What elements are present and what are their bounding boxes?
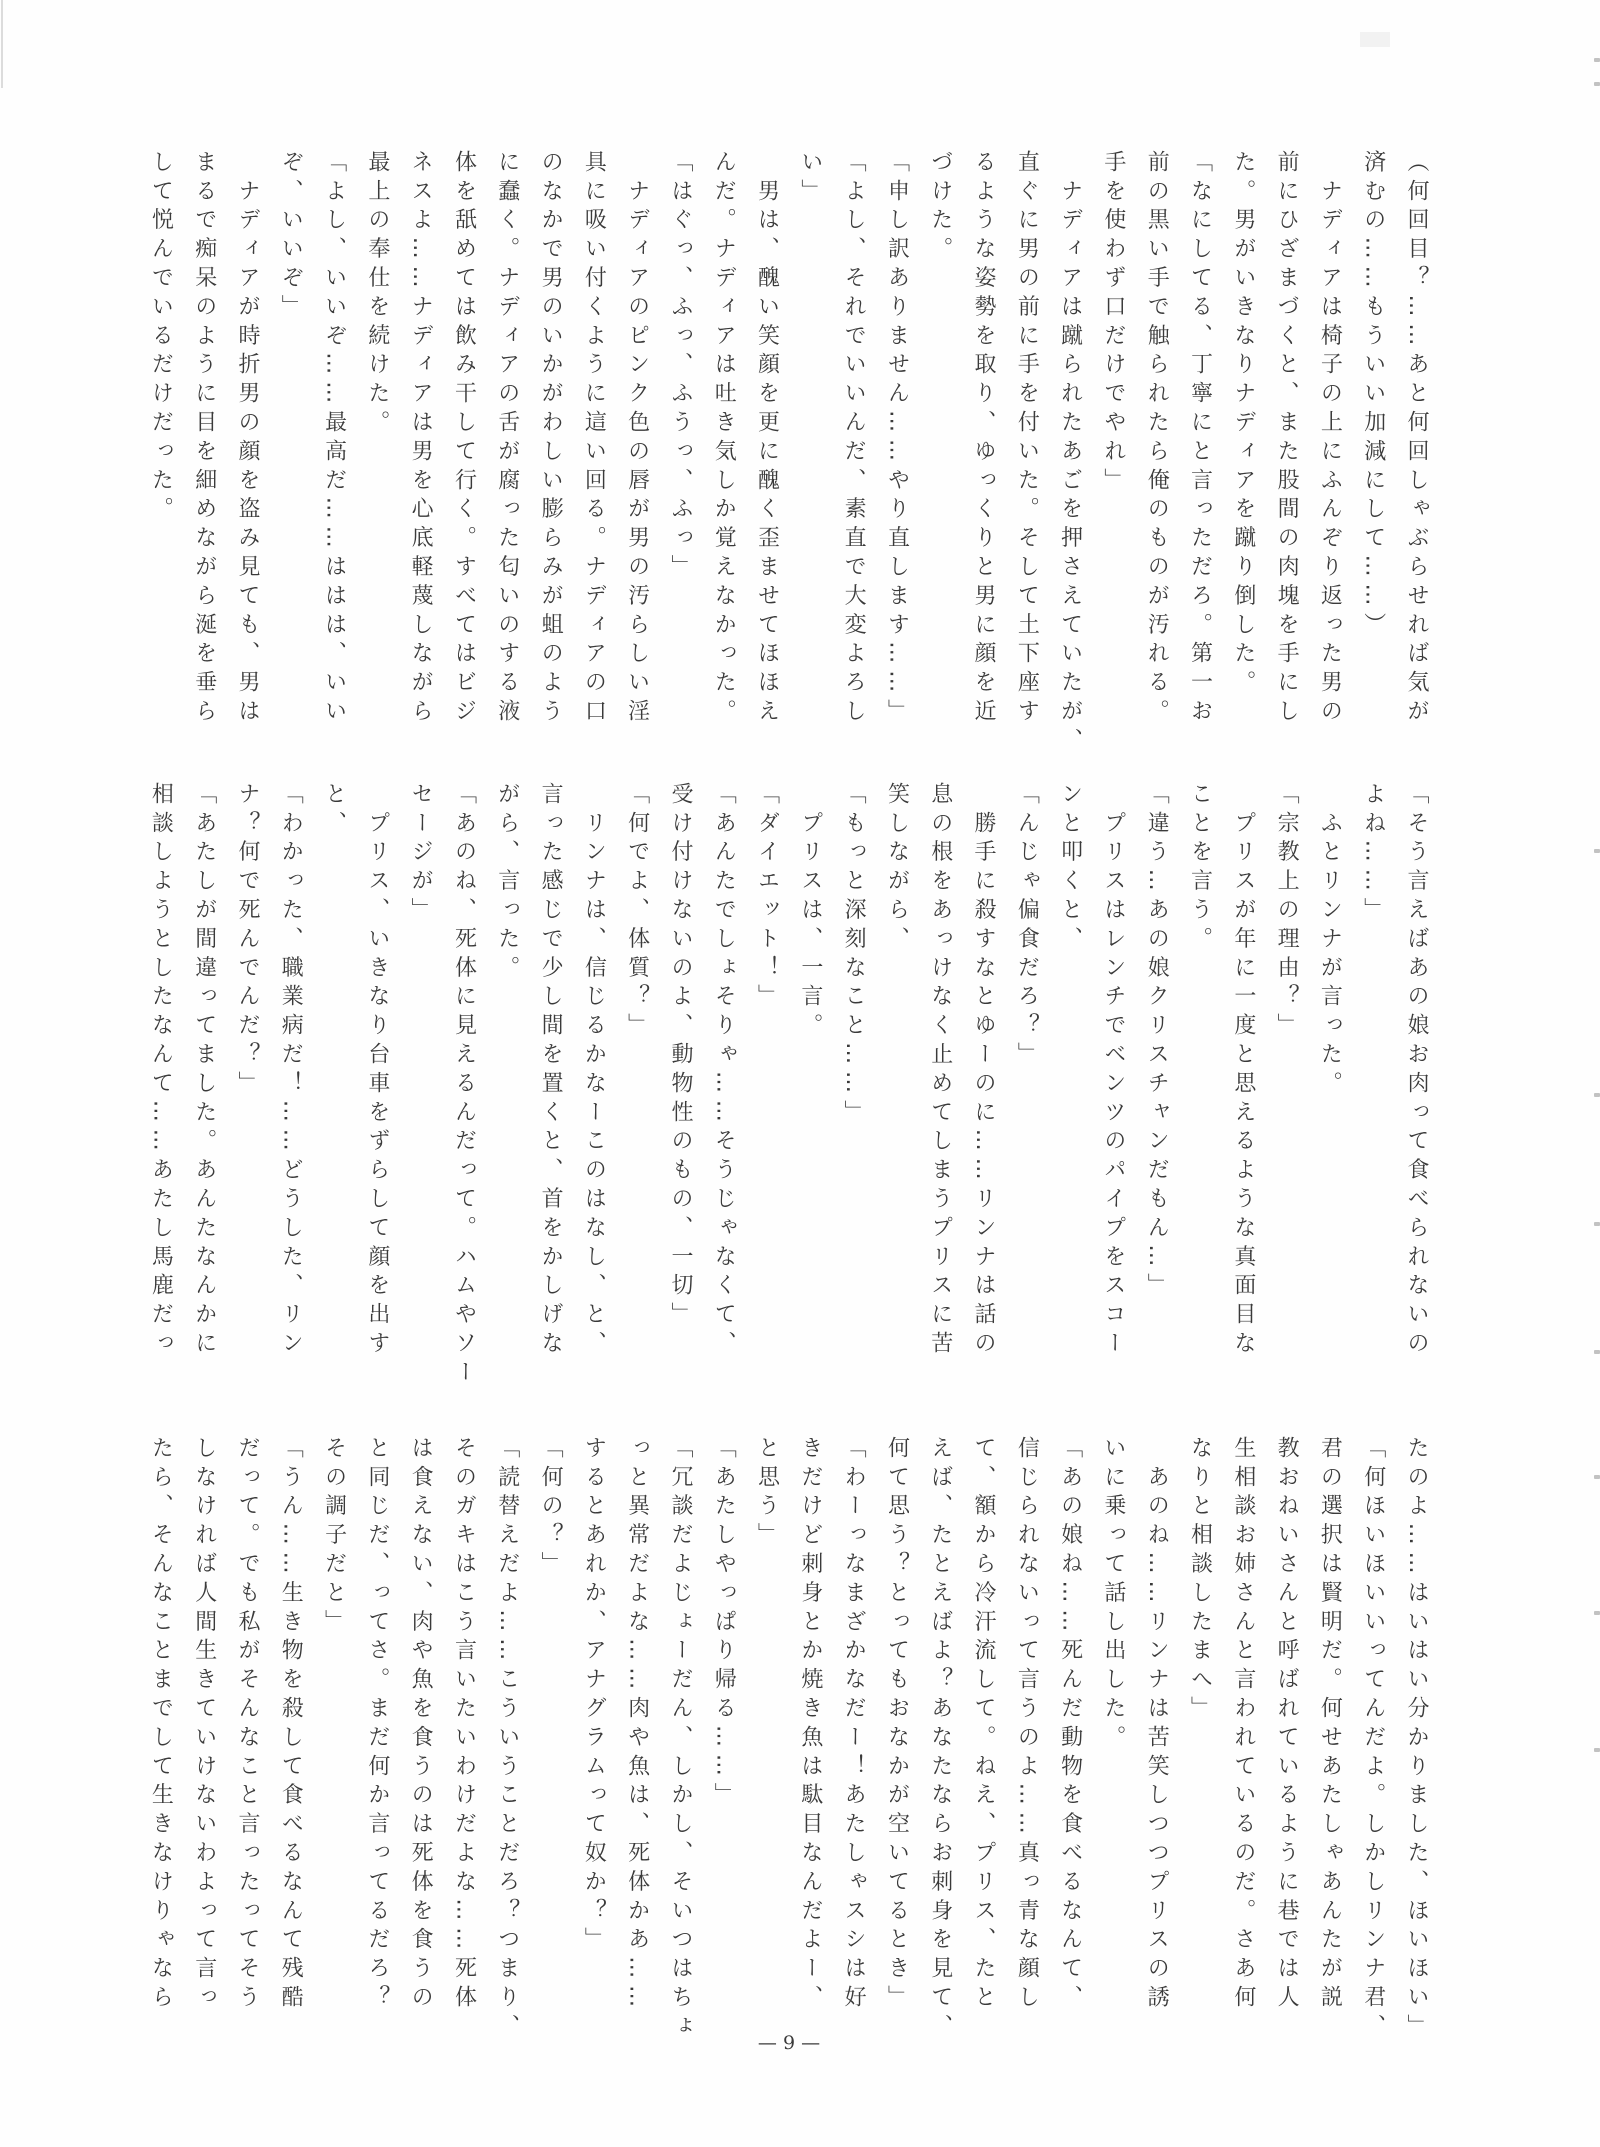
text-column: んだ。ナディアは吐き気しか覚えなかった。: [702, 150, 745, 750]
text-column: 直ぐに男の前に手を付いた。そして土下座す: [1005, 150, 1048, 750]
text-column: （何回目？……あと何回しゃぶらせれば気が: [1395, 150, 1438, 750]
scan-edge-mark: [1594, 58, 1600, 62]
text-column: ナ？何で死んでんだ？」: [226, 782, 269, 1382]
text-column: は食えない、肉や魚を食うのは死体を食うの: [399, 1436, 442, 2036]
text-column: プリスが年に一度と思えるような真面目な: [1222, 782, 1265, 1382]
text-column: 「宗教上の理由？」: [1265, 782, 1308, 1382]
text-column: プリス、いきなり台車をずらして顔を出す: [356, 782, 399, 1382]
text-column: 笑しながら、: [875, 782, 918, 1382]
text-column: 「ダイエット！」: [745, 782, 788, 1382]
text-column: いに乗って話し出した。: [1092, 1436, 1135, 2036]
text-column: 言った感じで少し間を置くと、首をかしげな: [529, 782, 572, 1382]
text-column: と思う」: [745, 1436, 788, 2036]
text-column: 「違う…あの娘クリスチャンだもん…」: [1135, 782, 1178, 1382]
text-column: プリスは、一言。: [789, 782, 832, 1382]
text-tier-bottom: たのよ……はいはい分かりました、ほいほい」 「何ほいほいいってんだよ。しかしリン…: [139, 1436, 1438, 2036]
text-column: 前にひざまづくと、また股間の肉塊を手にし: [1265, 150, 1308, 750]
text-column: 「何でよ、体質？」: [615, 782, 658, 1382]
text-column: に蠢く。ナディアの舌が腐った匂いのする液: [485, 150, 528, 750]
text-column: 「読替えだよ……こういうことだろ？つまり、: [485, 1436, 528, 2036]
text-column: プリスはレンチでベンツのパイプをスコー: [1092, 782, 1135, 1382]
text-column: まるで痴呆のように目を細めながら涎を垂ら: [182, 150, 225, 750]
text-column: 体を舐めては飲み干して行く。すべてはビジ: [442, 150, 485, 750]
text-column: 君の選択は賢明だ。何せあたしゃあんたが説: [1308, 1436, 1351, 2036]
book-page: （何回目？……あと何回しゃぶらせれば気が 済むの……もういい加減にして……） ナ…: [0, 0, 1600, 2147]
text-column: しなければ人間生きていけないわよって言っ: [182, 1436, 225, 2036]
text-column: 「うん……生き物を殺して食べるなんて残酷: [269, 1436, 312, 2036]
text-column: ナディアは椅子の上にふんぞり返った男の: [1308, 150, 1351, 750]
text-column: た。男がいきなりナディアを蹴り倒した。: [1222, 150, 1265, 750]
text-column: 何て思う？とってもおなかが空いてるとき」: [875, 1436, 918, 2036]
text-column: その調子だと」: [312, 1436, 355, 2036]
scan-edge-artifact: [1, 0, 3, 88]
scan-edge-mark: [1594, 1475, 1600, 1479]
text-column: 「あんたでしょそりゃ……そうじゃなくて、: [702, 782, 745, 1382]
text-column: ナディアのピンク色の唇が男の汚らしい淫: [615, 150, 658, 750]
text-column: 「そう言えばあの娘お肉って食べられないの: [1395, 782, 1438, 1382]
text-column: 「はぐっ、ふっ、ふうっ、ふっ」: [659, 150, 702, 750]
text-column: 「あの娘ね……死んだ動物を食べるなんて、: [1048, 1436, 1091, 2036]
text-column: あのね……リンナは苦笑しつつプリスの誘: [1135, 1436, 1178, 2036]
text-column: 勝手に殺すなとゆーのに……リンナは話の: [962, 782, 1005, 1382]
text-column: たのよ……はいはい分かりました、ほいほい」: [1395, 1436, 1438, 2036]
text-column: て、額から冷汗流して。ねえ、プリス、たと: [962, 1436, 1005, 2036]
text-column: セージが」: [399, 782, 442, 1382]
scan-edge-mark: [1594, 1350, 1600, 1354]
text-column: 「冗談だよじょーだん、しかし、そいつはちょ: [659, 1436, 702, 2036]
text-column: 済むの……もういい加減にして……）: [1351, 150, 1394, 750]
text-column: 「あたしが間違ってました。あんたなんかに: [182, 782, 225, 1382]
text-column: い」: [789, 150, 832, 750]
scan-edge-mark: [1594, 1222, 1600, 1226]
text-column: 息の根をあっけなく止めてしまうプリスに苦: [918, 782, 961, 1382]
text-column: して悦んでいるだけだった。: [139, 150, 182, 750]
text-column: ナディアは蹴られたあごを押さえていたが、: [1048, 150, 1091, 750]
text-column: ことを言う。: [1178, 782, 1221, 1382]
text-column: するとあれか、アナグラムって奴か？」: [572, 1436, 615, 2036]
text-column: 「なにしてる、丁寧にと言っただろ。第一お: [1178, 150, 1221, 750]
text-tier-top: （何回目？……あと何回しゃぶらせれば気が 済むの……もういい加減にして……） ナ…: [139, 150, 1438, 750]
text-column: えば、たとえばよ？あなたならお刺身を見て、: [918, 1436, 961, 2036]
text-column: と、: [312, 782, 355, 1382]
text-column: なりと相談したまへ」: [1178, 1436, 1221, 2036]
text-column: 男は、醜い笑顔を更に醜く歪ませてほほえ: [745, 150, 788, 750]
text-column: 「んじゃ偏食だろ？」: [1005, 782, 1048, 1382]
text-column: 「何ほいほいいってんだよ。しかしリンナ君、: [1351, 1436, 1394, 2036]
text-column: 信じられないって言うのよ……真っ青な顔し: [1005, 1436, 1048, 2036]
text-column: ンと叩くと、: [1048, 782, 1091, 1382]
text-column: っと異常だよな……肉や魚は、死体かあ……: [615, 1436, 658, 2036]
text-column: ぞ、いいぞ」: [269, 150, 312, 750]
text-column: ふとリンナが言った。: [1308, 782, 1351, 1382]
text-column: だって。でも私がそんなこと言ったってそう: [226, 1436, 269, 2036]
text-column: 手を使わず口だけでやれ」: [1092, 150, 1135, 750]
text-column: 「よし、いいぞ……最高だ……ははは、いい: [312, 150, 355, 750]
text-column: きだけど刺身とか焼き魚は駄目なんだよー、: [789, 1436, 832, 2036]
text-column: 「わーっなまざかなだー！あたしゃスシは好: [832, 1436, 875, 2036]
text-column: 「あたしやっぱり帰る……」: [702, 1436, 745, 2036]
text-column: 「よし、それでいいんだ、素直で大変よろし: [832, 150, 875, 750]
text-column: そのガキはこう言いたいわけだよな……死体: [442, 1436, 485, 2036]
text-column: 「わかった、職業病だ！……どうした、リン: [269, 782, 312, 1382]
text-column: がら、言った。: [485, 782, 528, 1382]
text-column: 具に吸い付くように這い回る。ナディアの口: [572, 150, 615, 750]
scan-edge-mark: [1594, 849, 1600, 853]
text-column: 「もっと深刻なこと……」: [832, 782, 875, 1382]
text-column: 受け付けないのよ、動物性のもの、一切」: [659, 782, 702, 1382]
text-column: 最上の奉仕を続けた。: [356, 150, 399, 750]
text-column: リンナは、信じるかなーこのはなし、と、: [572, 782, 615, 1382]
scan-smudge: [1360, 32, 1390, 47]
text-column: 前の黒い手で触られたら俺のものが汚れる。: [1135, 150, 1178, 750]
text-column: 「申し訳ありません……やり直します……」: [875, 150, 918, 750]
text-column: 相談しようとしたなんて……あたし馬鹿だっ: [139, 782, 182, 1382]
text-column: のなかで男のいかがわしい膨らみが蛆のよう: [529, 150, 572, 750]
text-column: と同じだ、ってさ。まだ何か言ってるだろ？: [356, 1436, 399, 2036]
text-column: たら、そんなことまでして生きなけりゃなら: [139, 1436, 182, 2036]
scan-edge-mark: [1594, 1611, 1600, 1615]
text-column: よね……」: [1351, 782, 1394, 1382]
text-column: ネスよ……ナディアは男を心底軽蔑しながら: [399, 150, 442, 750]
scan-edge-mark: [1594, 82, 1600, 86]
text-column: るような姿勢を取り、ゆっくりと男に顔を近: [962, 150, 1005, 750]
text-tier-middle: 「そう言えばあの娘お肉って食べられないの よね……」 ふとリンナが言った。 「宗…: [139, 782, 1438, 1382]
text-column: 「何の？」: [529, 1436, 572, 2036]
scan-edge-mark: [1594, 1093, 1600, 1097]
text-column: ナディアが時折男の顔を盗み見ても、男は: [226, 150, 269, 750]
text-column: 生相談お姉さんと言われているのだ。さあ何: [1222, 1436, 1265, 2036]
text-column: づけた。: [918, 150, 961, 750]
page-number: — 9 —: [729, 2031, 849, 2055]
scan-edge-mark: [1594, 1748, 1600, 1752]
text-column: 「あのね、死体に見えるんだって。ハムやソー: [442, 782, 485, 1382]
text-column: 教おねいさんと呼ばれているように巷では人: [1265, 1436, 1308, 2036]
